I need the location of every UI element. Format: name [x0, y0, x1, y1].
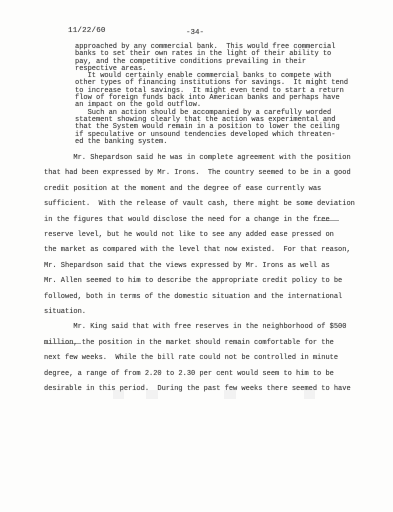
document-date: 11/22/60 [68, 27, 106, 35]
text-line: the market as compared with the level th… [44, 243, 364, 258]
scan-artifact-patch [113, 390, 124, 399]
text-line: Mr. Allen seemed to him to describe the … [44, 274, 364, 289]
text-line: credit position at the moment and the de… [44, 182, 364, 197]
text-line: that had been expressed by Mr. Irons. Th… [44, 166, 364, 181]
scan-artifact-patch [146, 390, 158, 399]
body-paragraphs: Mr. Shepardson said he was in complete a… [44, 151, 364, 398]
text-line: sufficient. With the release of vault ca… [44, 197, 364, 212]
scan-artifact-underline [44, 343, 81, 344]
text-line: Mr. Shepardson said he was in complete a… [44, 151, 364, 166]
text-line: situation. [44, 305, 364, 320]
text-line: Mr. King said that with free reserves in… [44, 320, 364, 335]
page-number: -34- [178, 29, 212, 37]
scanned-document-page: 11/22/60 -34- approached by any commerci… [0, 0, 393, 512]
scan-artifact-underline [316, 220, 339, 221]
text-line: million, the position in the market shou… [44, 336, 364, 351]
scan-artifact-patch [224, 390, 236, 399]
text-line: followed, both in terms of the domestic … [44, 290, 364, 305]
text-line: desirable in this period. During the pas… [44, 382, 364, 397]
quote-block: approached by any commercial bank. This … [75, 44, 365, 146]
text-line: next few weeks. While the bill rate coul… [44, 351, 364, 366]
text-line: ed the banking system. [75, 139, 365, 146]
text-line: reserve level, but he would not like to … [44, 228, 364, 243]
text-line: degree, a range of from 2.20 to 2.30 per… [44, 367, 364, 382]
scan-artifact-patch [304, 390, 315, 399]
text-line: Mr. Shepardson said that the views expre… [44, 259, 364, 274]
